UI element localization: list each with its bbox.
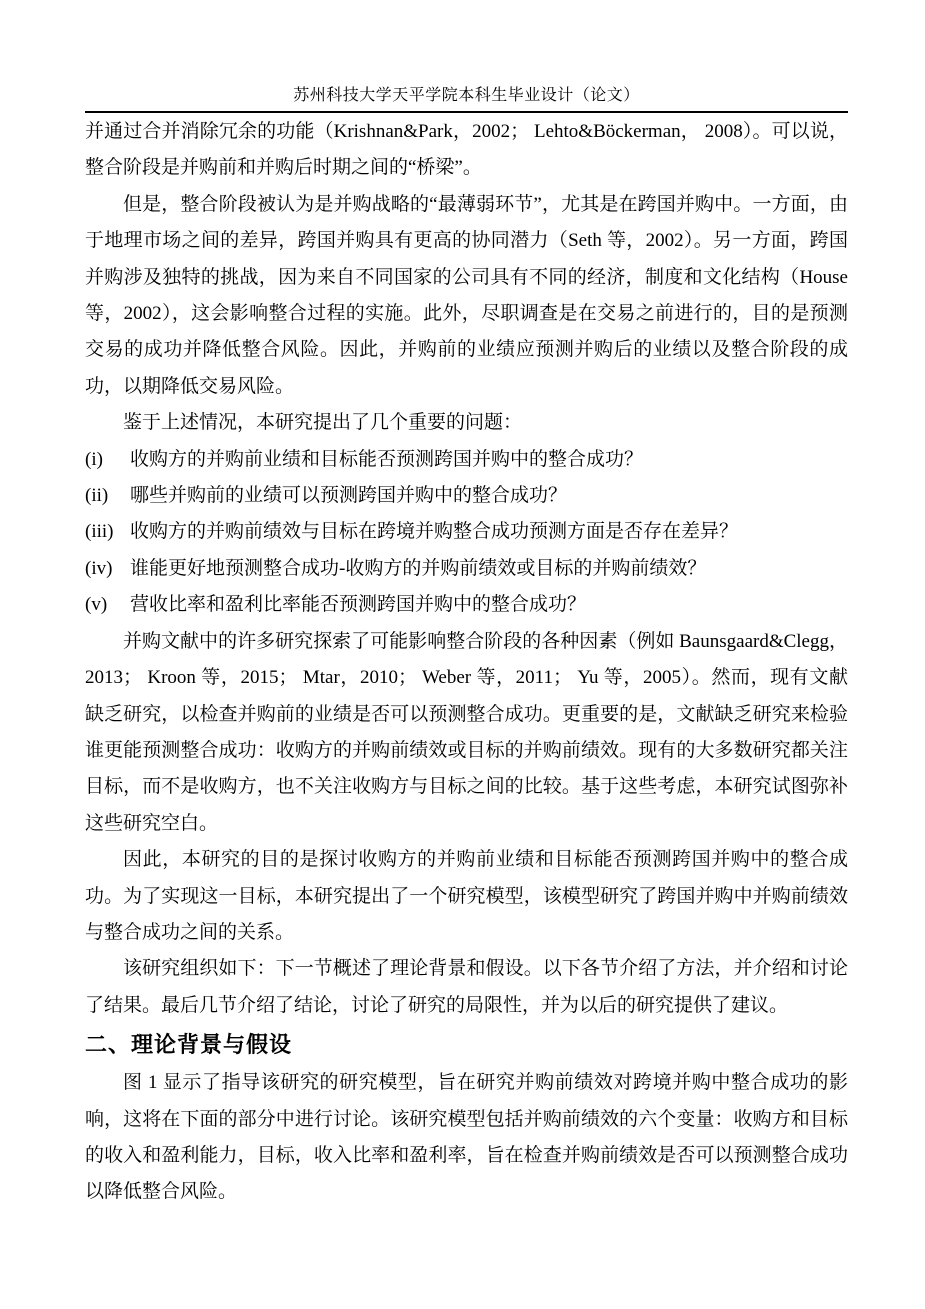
paragraph-research-model: 图 1 显示了指导该研究的研究模型，旨在研究并购前绩效对跨境并购中整合成功的影响…: [85, 1065, 848, 1211]
section-heading-theory-background: 二、理论背景与假设: [85, 1025, 848, 1065]
question-marker: (v): [85, 587, 130, 623]
header-title: 苏州科技大学天平学院本科生毕业设计（论文）: [293, 87, 640, 104]
question-text: 收购方的并购前绩效与目标在跨境并购整合成功预测方面是否存在差异？: [130, 514, 848, 550]
question-marker: (iii): [85, 514, 130, 550]
question-text: 收购方的并购前业绩和目标能否预测跨国并购中的整合成功？: [130, 442, 848, 478]
question-item: (i) 收购方的并购前业绩和目标能否预测跨国并购中的整合成功？: [85, 442, 848, 478]
question-text: 谁能更好地预测整合成功-收购方的并购前绩效或目标的并购前绩效？: [130, 551, 848, 587]
paragraph-weakest-link: 但是，整合阶段被认为是并购战略的“最薄弱环节”，尤其是在跨国并购中。一方面，由于…: [85, 187, 848, 405]
paragraph-literature: 并购文献中的许多研究探索了可能影响整合阶段的各种因素（例如 Baunsgaard…: [85, 624, 848, 842]
question-marker: (iv): [85, 551, 130, 587]
question-list: (i) 收购方的并购前业绩和目标能否预测跨国并购中的整合成功？ (ii) 哪些并…: [85, 442, 848, 624]
page-header: 苏州科技大学天平学院本科生毕业设计（论文）: [85, 85, 848, 113]
question-item: (iv) 谁能更好地预测整合成功-收购方的并购前绩效或目标的并购前绩效？: [85, 551, 848, 587]
question-text: 营收比率和盈利比率能否预测跨国并购中的整合成功？: [130, 587, 848, 623]
question-item: (ii) 哪些并购前的业绩可以预测跨国并购中的整合成功？: [85, 478, 848, 514]
question-text: 哪些并购前的业绩可以预测跨国并购中的整合成功？: [130, 478, 848, 514]
question-marker: (i): [85, 442, 130, 478]
paragraph-organization: 该研究组织如下：下一节概述了理论背景和假设。以下各节介绍了方法，并介绍和讨论了结…: [85, 951, 848, 1024]
question-item: (v) 营收比率和盈利比率能否预测跨国并购中的整合成功？: [85, 587, 848, 623]
question-marker: (ii): [85, 478, 130, 514]
document-body: 并通过合并消除冗余的功能（Krishnan&Park，2002； Lehto&B…: [85, 114, 848, 1211]
paragraph-bridge: 并通过合并消除冗余的功能（Krishnan&Park，2002； Lehto&B…: [85, 114, 848, 187]
document-page: 苏州科技大学天平学院本科生毕业设计（论文） 并通过合并消除冗余的功能（Krish…: [0, 0, 925, 1309]
paragraph-purpose: 因此，本研究的目的是探讨收购方的并购前业绩和目标能否预测跨国并购中的整合成功。为…: [85, 842, 848, 951]
paragraph-questions-lead: 鉴于上述情况，本研究提出了几个重要的问题：: [85, 405, 848, 441]
question-item: (iii) 收购方的并购前绩效与目标在跨境并购整合成功预测方面是否存在差异？: [85, 514, 848, 550]
